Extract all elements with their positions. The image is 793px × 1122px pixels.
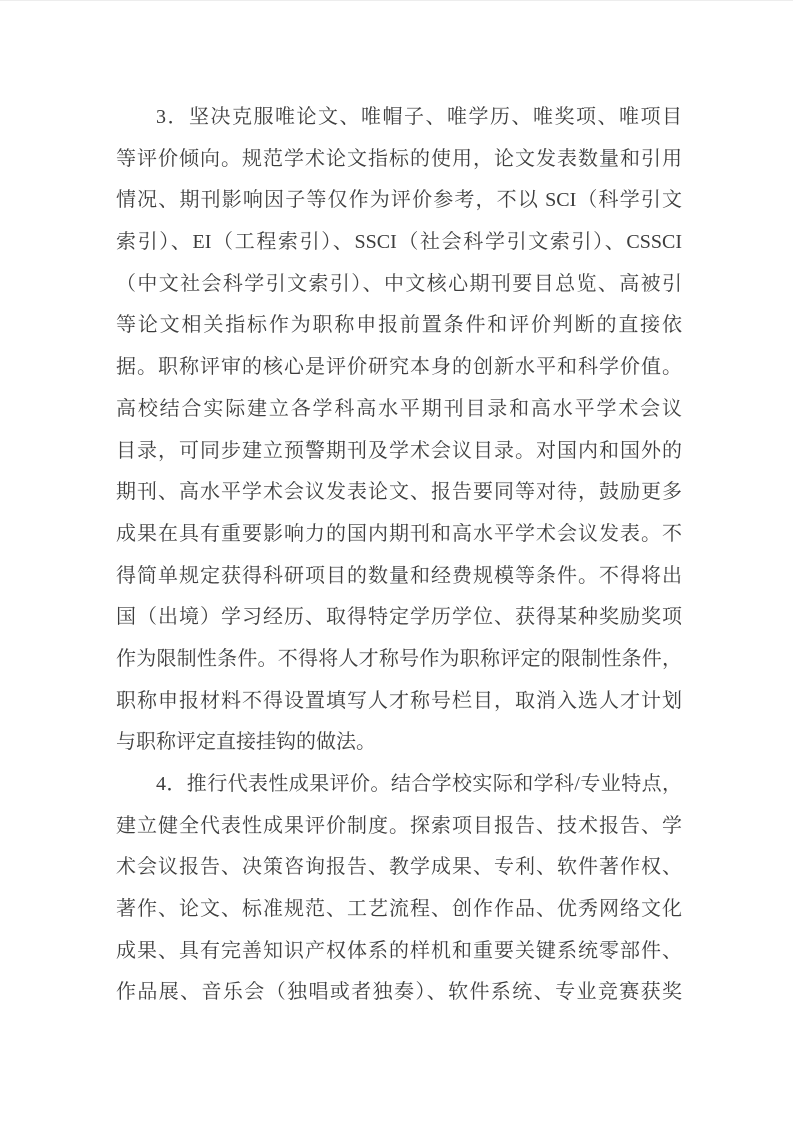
paragraph-4-line-1: 4．推行代表性成果评价。结合学校实际和学科/专业特点， xyxy=(116,764,682,806)
paragraph-3-line-4: 索引）、EI（工程索引）、SSCI（社会科学引文索引）、CSSCI xyxy=(116,222,682,264)
paragraph-4-line-6: 作品展、音乐会（独唱或者独奏）、软件系统、专业竞赛获奖 xyxy=(116,972,682,1014)
paragraph-3-line-9: 目录，可同步建立预警期刊及学术会议目录。对国内和国外的 xyxy=(116,431,682,473)
paragraph-3-line-8: 高校结合实际建立各学科高水平期刊目录和高水平学术会议 xyxy=(116,389,682,431)
paragraph-4-line-2: 建立健全代表性成果评价制度。探索项目报告、技术报告、学 xyxy=(116,806,682,848)
text-block: 3．坚决克服唯论文、唯帽子、唯学历、唯奖项、唯项目 等评价倾向。规范学术论文指标… xyxy=(116,97,682,1014)
paragraph-4-line-3: 术会议报告、决策咨询报告、教学成果、专利、软件著作权、 xyxy=(116,847,682,889)
paragraph-3-line-15: 职称申报材料不得设置填写人才称号栏目，取消入选人才计划 xyxy=(116,681,682,723)
paragraph-3-line-1: 3．坚决克服唯论文、唯帽子、唯学历、唯奖项、唯项目 xyxy=(116,97,682,139)
paragraph-3-line-13: 国（出境）学习经历、取得特定学历学位、获得某种奖励奖项 xyxy=(116,597,682,639)
paragraph-3-line-16: 与职称评定直接挂钩的做法。 xyxy=(116,722,682,764)
paragraph-3-line-7: 据。职称评审的核心是评价研究本身的创新水平和科学价值。 xyxy=(116,347,682,389)
paragraph-3-line-11: 成果在具有重要影响力的国内期刊和高水平学术会议发表。不 xyxy=(116,514,682,556)
paragraph-3-line-10: 期刊、高水平学术会议发表论文、报告要同等对待，鼓励更多 xyxy=(116,472,682,514)
paragraph-4-line-4: 著作、论文、标准规范、工艺流程、创作作品、优秀网络文化 xyxy=(116,889,682,931)
paragraph-3-line-3: 情况、期刊影响因子等仅作为评价参考，不以 SCI（科学引文 xyxy=(116,180,682,222)
paragraph-3-line-14: 作为限制性条件。不得将人才称号作为职称评定的限制性条件， xyxy=(116,639,682,681)
paragraph-3-line-6: 等论文相关指标作为职称申报前置条件和评价判断的直接依 xyxy=(116,305,682,347)
paragraph-4-line-5: 成果、具有完善知识产权体系的样机和重要关键系统零部件、 xyxy=(116,931,682,973)
paragraph-3-line-2: 等评价倾向。规范学术论文指标的使用，论文发表数量和引用 xyxy=(116,139,682,181)
paragraph-3-line-5: （中文社会科学引文索引）、中文核心期刊要目总览、高被引 xyxy=(116,264,682,306)
paragraph-3-line-12: 得简单规定获得科研项目的数量和经费规模等条件。不得将出 xyxy=(116,556,682,598)
document-page: 3．坚决克服唯论文、唯帽子、唯学历、唯奖项、唯项目 等评价倾向。规范学术论文指标… xyxy=(0,0,793,1122)
